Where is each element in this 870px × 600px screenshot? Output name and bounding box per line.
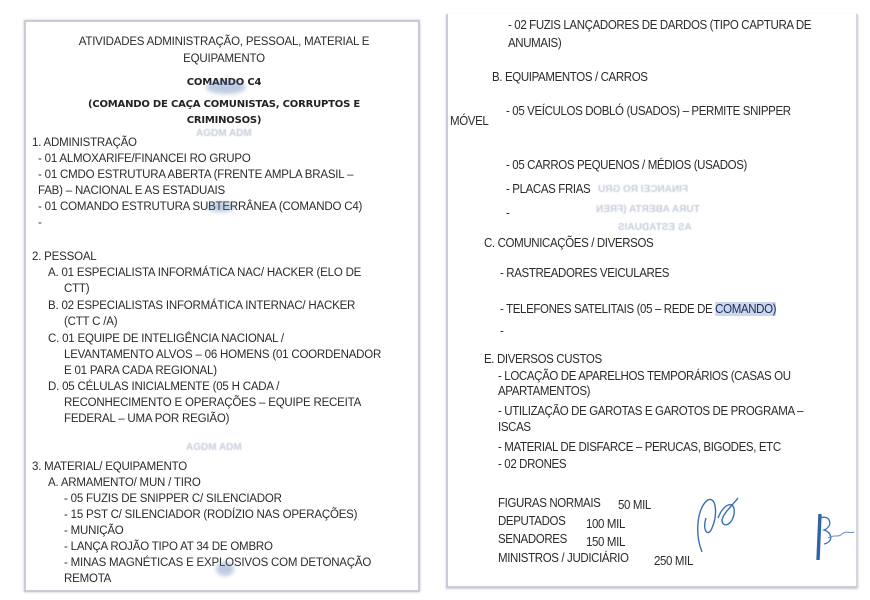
- signature-icon: [812, 508, 858, 568]
- armamento-subheading: A. ARMAMENTO/ MUN / TIRO: [48, 476, 201, 491]
- list-item: (CTT C /A): [64, 315, 117, 330]
- list-item: - 02 FUZIS LANÇADORES DE DARDOS (TIPO CA…: [508, 18, 811, 33]
- list-item: - RASTREADORES VEICULARES: [500, 266, 669, 281]
- comunicacoes-heading: C. COMUNICAÇÕES / DIVERSOS: [484, 236, 653, 251]
- list-item: -: [38, 216, 42, 231]
- stamp-smudge: [206, 80, 246, 94]
- stamp-smudge: [216, 562, 234, 576]
- list-item: FEDERAL – UMA POR REGIÃO): [64, 412, 229, 427]
- price-value: 50 MIL: [618, 498, 651, 513]
- list-item: D. 05 CÉLULAS INICIALMENTE (05 H CADA /: [48, 380, 279, 395]
- command-description-line2: CRIMINOSOS): [26, 113, 422, 129]
- list-item: - 01 COMANDO ESTRUTURA SUBTERRÂNEA (COMA…: [38, 200, 362, 215]
- initials-signature-icon: [688, 492, 758, 572]
- list-item: - 01 ALMOXARIFE/FINANCEI RO GRUPO: [38, 152, 251, 167]
- list-item: - LANÇA ROJÃO TIPO AT 34 DE OMBRO: [64, 540, 273, 555]
- telefones-text: - TELEFONES SATELITAIS (05 – REDE DE: [500, 302, 715, 316]
- list-item: - TELEFONES SATELITAIS (05 – REDE DE COM…: [500, 302, 776, 317]
- list-item: MÓVEL: [450, 114, 488, 129]
- bleed-through-text: FINANCEI RO GRU: [598, 184, 688, 195]
- list-item: C. 01 EQUIPE DE INTELIGÊNCIA NACIONAL /: [48, 332, 284, 347]
- document-page-left: ATIVIDADES ADMINISTRAÇÃO, PESSOAL, MATER…: [24, 20, 420, 592]
- section-administracao-heading: 1. ADMINISTRAÇÃO: [32, 136, 137, 151]
- list-item: - UTILIZAÇÃO DE GAROTAS E GAROTOS DE PRO…: [498, 404, 803, 419]
- list-item: - PLACAS FRIAS: [506, 182, 590, 197]
- list-item: APARTAMENTOS): [498, 384, 590, 399]
- section-pessoal-heading: 2. PESSOAL: [32, 250, 96, 265]
- list-item: - 01 CMDO ESTRUTURA ABERTA (FRENTE AMPLA…: [38, 168, 353, 183]
- custos-heading: E. DIVERSOS CUSTOS: [484, 352, 602, 367]
- list-item: - 02 DRONES: [498, 457, 566, 472]
- command-description-line1: (COMANDO DE CAÇA COMUNISTAS, CORRUPTOS E: [26, 97, 422, 113]
- list-item: - 05 VEÍCULOS DOBLÓ (USADOS) – PERMITE S…: [506, 104, 791, 119]
- list-item: - 15 PST C/ SILENCIADOR (RODÍZIO NAS OPE…: [64, 508, 357, 523]
- document-title-line2: EQUIPAMENTO: [26, 51, 422, 68]
- list-item: B. 02 ESPECIALISTAS INFORMÁTICA INTERNAC…: [48, 299, 355, 314]
- stamp-mark: AGDM ADM: [196, 128, 252, 139]
- price-label: DEPUTADOS: [498, 514, 565, 529]
- list-item: E 01 PARA CADA REGIONAL): [64, 364, 217, 379]
- list-item: ISCAS: [498, 420, 531, 435]
- price-label: MINISTROS / JUDICIÁRIO: [498, 551, 629, 566]
- price-value: 150 MIL: [586, 535, 625, 550]
- document-title-line1: ATIVIDADES ADMINISTRAÇÃO, PESSOAL, MATER…: [26, 34, 422, 51]
- list-item: CTT): [64, 282, 89, 297]
- section-material-heading: 3. MATERIAL/ EQUIPAMENTO: [32, 460, 187, 475]
- stamp-smudge: [206, 202, 236, 212]
- list-item: LEVANTAMENTO ALVOS – 06 HOMENS (01 COORD…: [64, 348, 381, 363]
- list-item: -: [500, 324, 503, 339]
- equipamentos-heading: B. EQUIPAMENTOS / CARROS: [492, 70, 648, 85]
- list-item: - 05 FUZIS DE SNIPPER C/ SILENCIADOR: [64, 492, 282, 507]
- list-item: - MUNIÇÃO: [64, 524, 124, 539]
- price-label: FIGURAS NORMAIS: [498, 496, 600, 511]
- highlighted-text[interactable]: COMANDO): [715, 302, 776, 316]
- list-item: FAB) – NACIONAL E AS ESTADUAIS: [38, 184, 225, 199]
- bleed-through-text: TURA ABERTA (FREN: [596, 204, 700, 215]
- price-label: SENADORES: [498, 532, 567, 547]
- stamp-mark: AGDM ADM: [186, 442, 242, 453]
- list-item: RECONHECIMENTO E OPERAÇÕES – EQUIPE RECE…: [64, 396, 361, 411]
- list-item: REMOTA: [64, 572, 111, 587]
- bleed-through-text: AS ESTADUAIS: [618, 222, 692, 233]
- list-item: -: [506, 206, 509, 221]
- list-item: - 05 CARROS PEQUENOS / MÉDIOS (USADOS): [506, 158, 747, 173]
- list-item: - MATERIAL DE DISFARCE – PERUCAS, BIGODE…: [498, 440, 781, 455]
- document-page-right: - 02 FUZIS LANÇADORES DE DARDOS (TIPO CA…: [446, 14, 858, 588]
- price-value: 100 MIL: [586, 517, 625, 532]
- list-item: ANUMAIS): [508, 36, 561, 51]
- list-item: A. 01 ESPECIALISTA INFORMÁTICA NAC/ HACK…: [48, 266, 361, 281]
- list-item: - LOCAÇÃO DE APARELHOS TEMPORÁRIOS (CASA…: [498, 369, 791, 384]
